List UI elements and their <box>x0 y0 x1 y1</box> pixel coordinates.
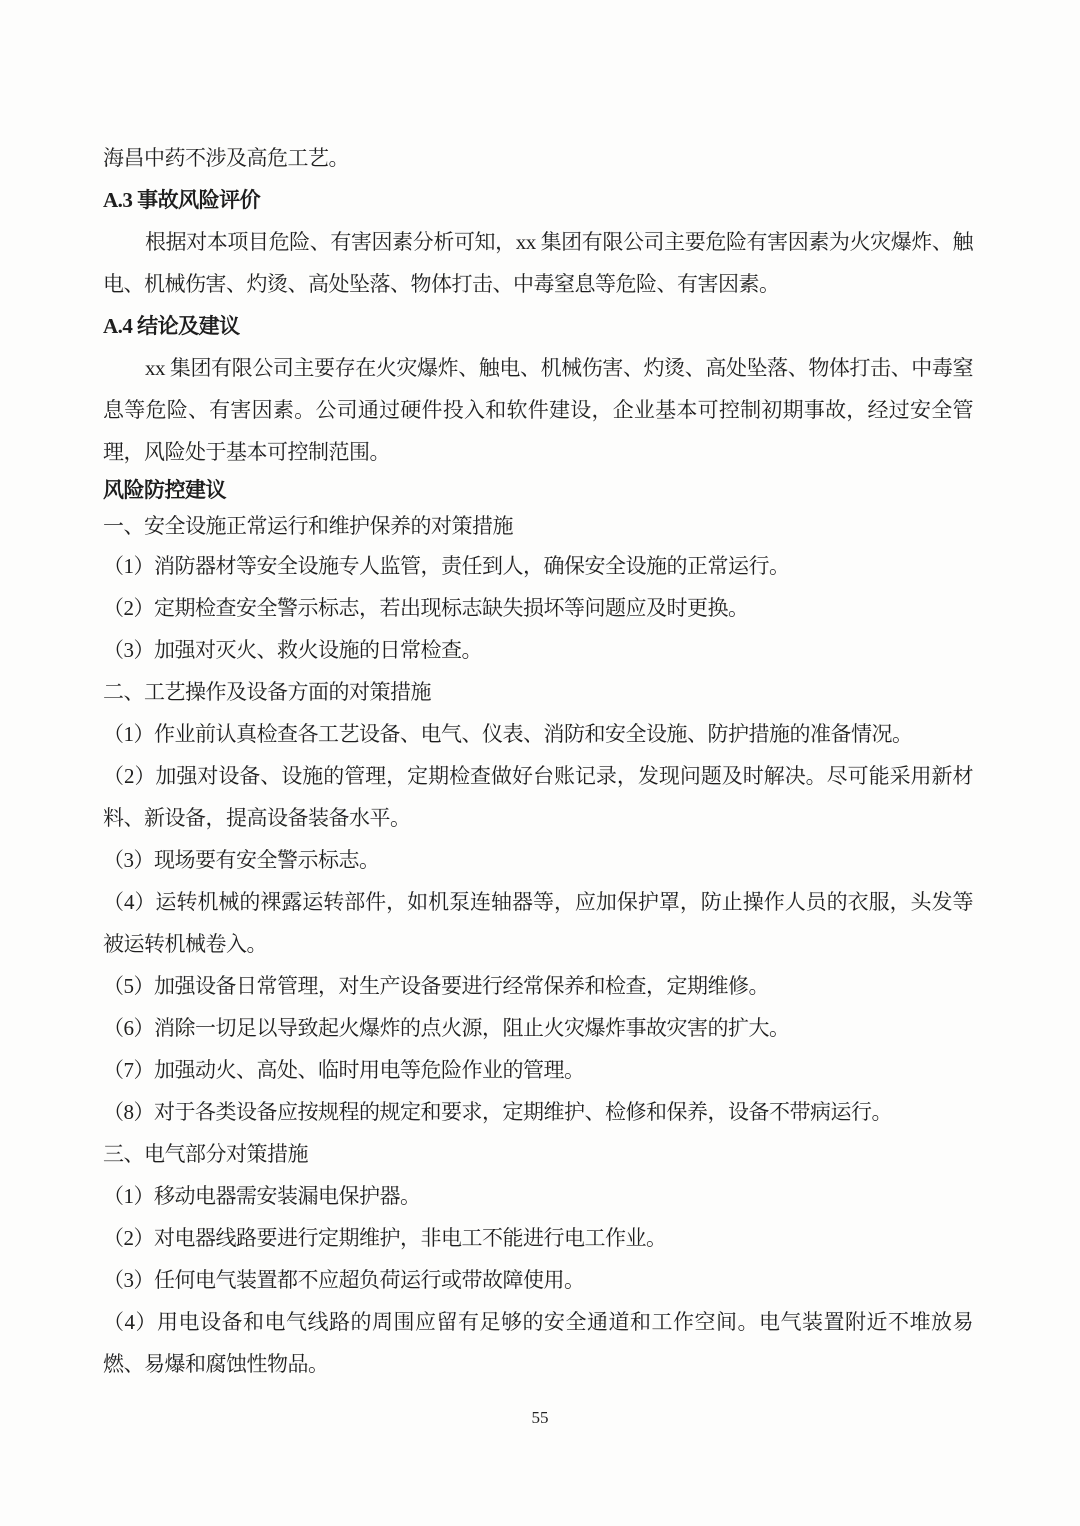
list-item: （2）对电器线路要进行定期维护，非电工不能进行电工作业。 <box>103 1217 973 1259</box>
page-number: 55 <box>0 1406 1080 1430</box>
paragraph: 根据对本项目危险、有害因素分析可知，xx 集团有限公司主要危险有害因素为火灾爆炸… <box>103 221 973 305</box>
list-item: （6）消除一切足以导致起火爆炸的点火源，阻止火灾爆炸事故灾害的扩大。 <box>103 1007 973 1049</box>
list-item: （8）对于各类设备应按规程的规定和要求，定期维护、检修和保养，设备不带病运行。 <box>103 1091 973 1133</box>
list-section-title: 二、工艺操作及设备方面的对策措施 <box>103 671 973 713</box>
document-content: 海昌中药不涉及高危工艺。A.3 事故风险评价根据对本项目危险、有害因素分析可知，… <box>103 137 973 1385</box>
list-item: （4）用电设备和电气线路的周围应留有足够的安全通道和工作空间。电气装置附近不堆放… <box>103 1301 973 1385</box>
paragraph: xx 集团有限公司主要存在火灾爆炸、触电、机械伤害、灼烫、高处坠落、物体打击、中… <box>103 347 973 473</box>
list-item: （4）运转机械的裸露运转部件，如机泵连轴器等，应加保护罩，防止操作人员的衣服，头… <box>103 881 973 965</box>
section-heading: 风险防控建议 <box>103 473 973 507</box>
section-heading: A.3 事故风险评价 <box>103 179 973 221</box>
list-item: （5）加强设备日常管理，对生产设备要进行经常保养和检查，定期维修。 <box>103 965 973 1007</box>
list-item: （3）任何电气装置都不应超负荷运行或带故障使用。 <box>103 1259 973 1301</box>
list-item: （1）作业前认真检查各工艺设备、电气、仪表、消防和安全设施、防护措施的准备情况。 <box>103 713 973 755</box>
list-item: （2）定期检查安全警示标志，若出现标志缺失损坏等问题应及时更换。 <box>103 587 973 629</box>
paragraph: 海昌中药不涉及高危工艺。 <box>103 137 973 179</box>
document-page: 海昌中药不涉及高危工艺。A.3 事故风险评价根据对本项目危险、有害因素分析可知，… <box>0 0 1080 1526</box>
list-item: （1）消防器材等安全设施专人监管，责任到人，确保安全设施的正常运行。 <box>103 545 973 587</box>
list-item: （1）移动电器需安装漏电保护器。 <box>103 1175 973 1217</box>
list-item: （7）加强动火、高处、临时用电等危险作业的管理。 <box>103 1049 973 1091</box>
list-section-title: 一、安全设施正常运行和维护保养的对策措施 <box>103 507 973 545</box>
list-item: （3）现场要有安全警示标志。 <box>103 839 973 881</box>
list-item: （2）加强对设备、设施的管理，定期检查做好台账记录，发现问题及时解决。尽可能采用… <box>103 755 973 839</box>
list-section-title: 三、电气部分对策措施 <box>103 1133 973 1175</box>
list-item: （3）加强对灭火、救火设施的日常检查。 <box>103 629 973 671</box>
section-heading: A.4 结论及建议 <box>103 305 973 347</box>
